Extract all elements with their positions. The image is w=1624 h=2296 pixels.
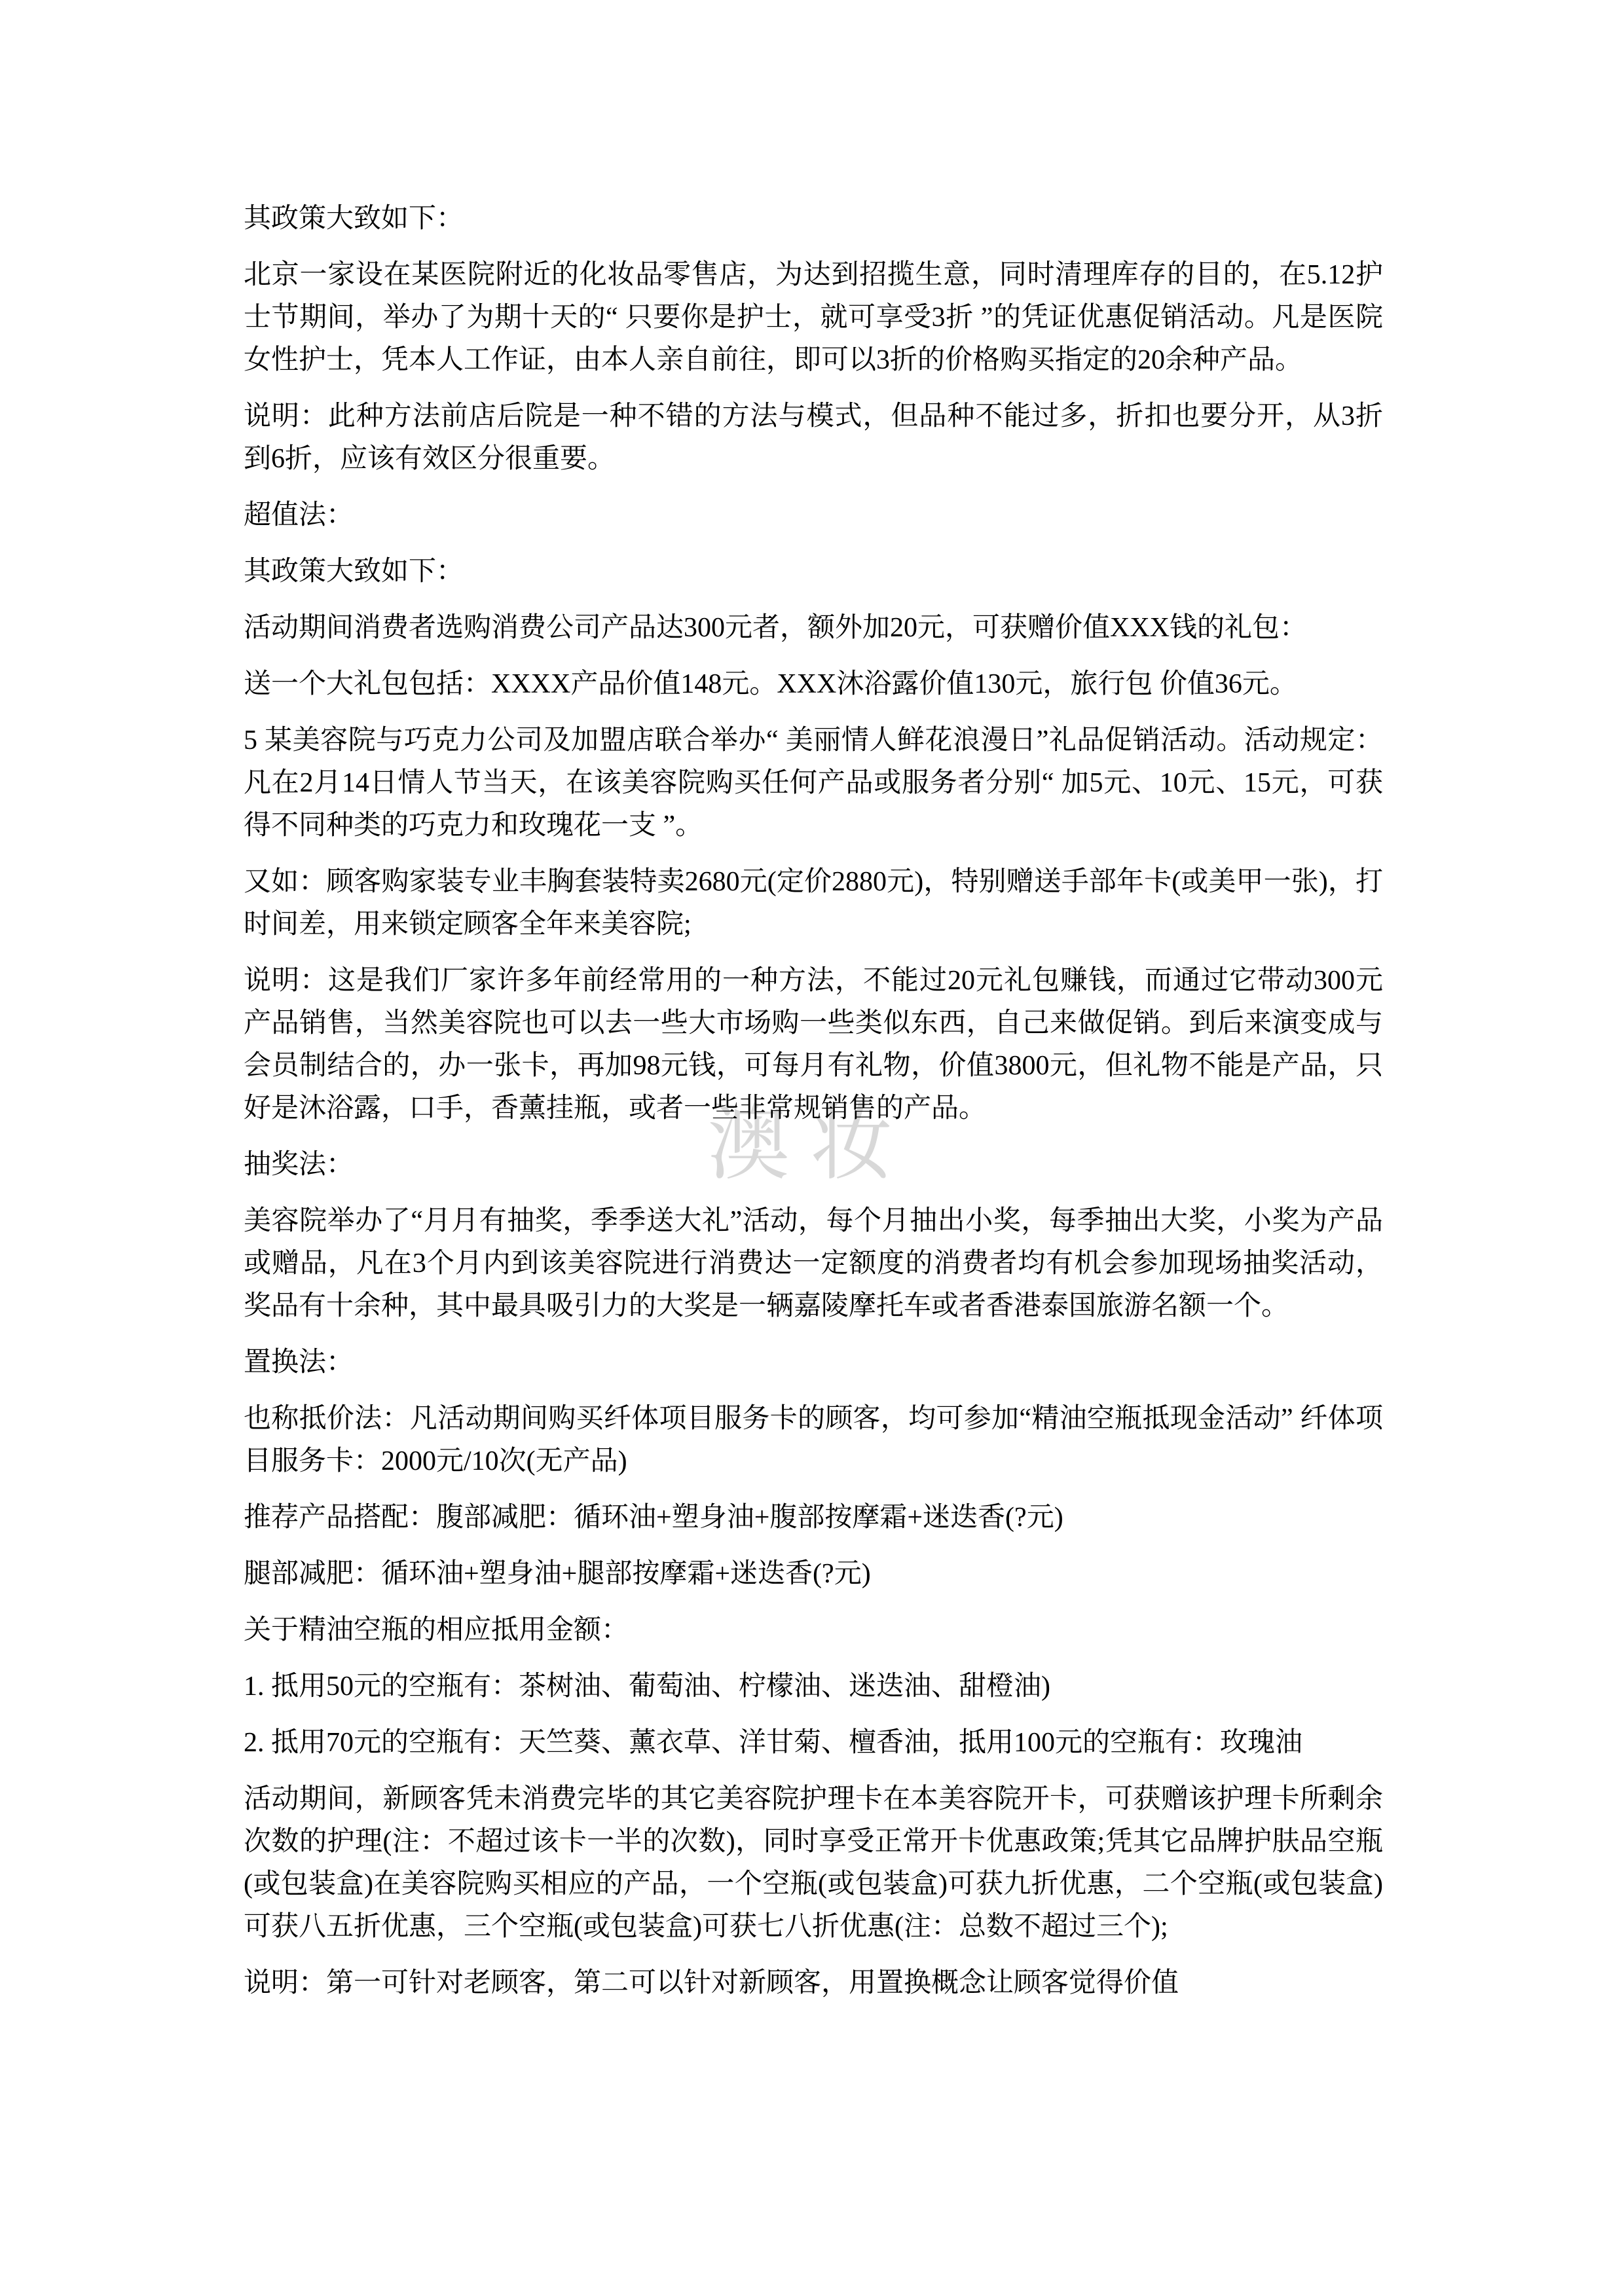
paragraph: 美容院举办了“月月有抽奖，季季送大礼”活动，每个月抽出小奖，每季抽出大奖，小奖为… <box>244 1200 1383 1328</box>
paragraph: 其政策大致如下： <box>244 198 1383 240</box>
paragraph: 5 某美容院与巧克力公司及加盟店联合举办“ 美丽情人鲜花浪漫日”礼品促销活动。活… <box>244 720 1383 847</box>
paragraph: 推荐产品搭配：腹部减肥：循环油+塑身油+腹部按摩霜+迷迭香(?元) <box>244 1497 1383 1539</box>
paragraph: 也称抵价法：凡活动期间购买纤体项目服务卡的顾客，均可参加“精油空瓶抵现金活动” … <box>244 1398 1383 1483</box>
paragraph: 送一个大礼包包括：XXXX产品价值148元。XXX沐浴露价值130元，旅行包 价… <box>244 663 1383 706</box>
paragraph: 其政策大致如下： <box>244 551 1383 593</box>
paragraph: 说明：第一可针对老顾客，第二可以针对新顾客，用置换概念让顾客觉得价值 <box>244 1962 1383 2005</box>
paragraph: 又如：顾客购家装专业丰胸套装特卖2680元(定价2880元)，特别赠送手部年卡(… <box>244 861 1383 946</box>
paragraph: 关于精油空瓶的相应抵用金额： <box>244 1609 1383 1652</box>
paragraph: 活动期间消费者选购消费公司产品达300元者，额外加20元，可获赠价值XXX钱的礼… <box>244 607 1383 649</box>
paragraph: 腿部减肥：循环油+塑身油+腿部按摩霜+迷迭香(?元) <box>244 1553 1383 1595</box>
paragraph: 说明：此种方法前店后院是一种不错的方法与模式，但品种不能过多，折扣也要分开，从3… <box>244 395 1383 481</box>
paragraph: 抽奖法： <box>244 1144 1383 1186</box>
paragraph: 活动期间，新顾客凭未消费完毕的其它美容院护理卡在本美容院开卡，可获赠该护理卡所剩… <box>244 1778 1383 1948</box>
paragraph: 超值法： <box>244 494 1383 537</box>
paragraph: 2. 抵用70元的空瓶有：天竺葵、薰衣草、洋甘菊、檀香油，抵用100元的空瓶有：… <box>244 1722 1383 1764</box>
document-content: 其政策大致如下： 北京一家设在某医院附近的化妆品零售店，为达到招揽生意，同时清理… <box>244 198 1383 2018</box>
document-page: 澳 妆 其政策大致如下： 北京一家设在某医院附近的化妆品零售店，为达到招揽生意，… <box>0 0 1624 2296</box>
paragraph: 1. 抵用50元的空瓶有：茶树油、葡萄油、柠檬油、迷迭油、甜橙油) <box>244 1666 1383 1708</box>
paragraph: 北京一家设在某医院附近的化妆品零售店，为达到招揽生意，同时清理库存的目的，在5.… <box>244 254 1383 382</box>
paragraph: 说明：这是我们厂家许多年前经常用的一种方法，不能过20元礼包赚钱，而通过它带动3… <box>244 960 1383 1130</box>
paragraph: 置换法： <box>244 1341 1383 1384</box>
